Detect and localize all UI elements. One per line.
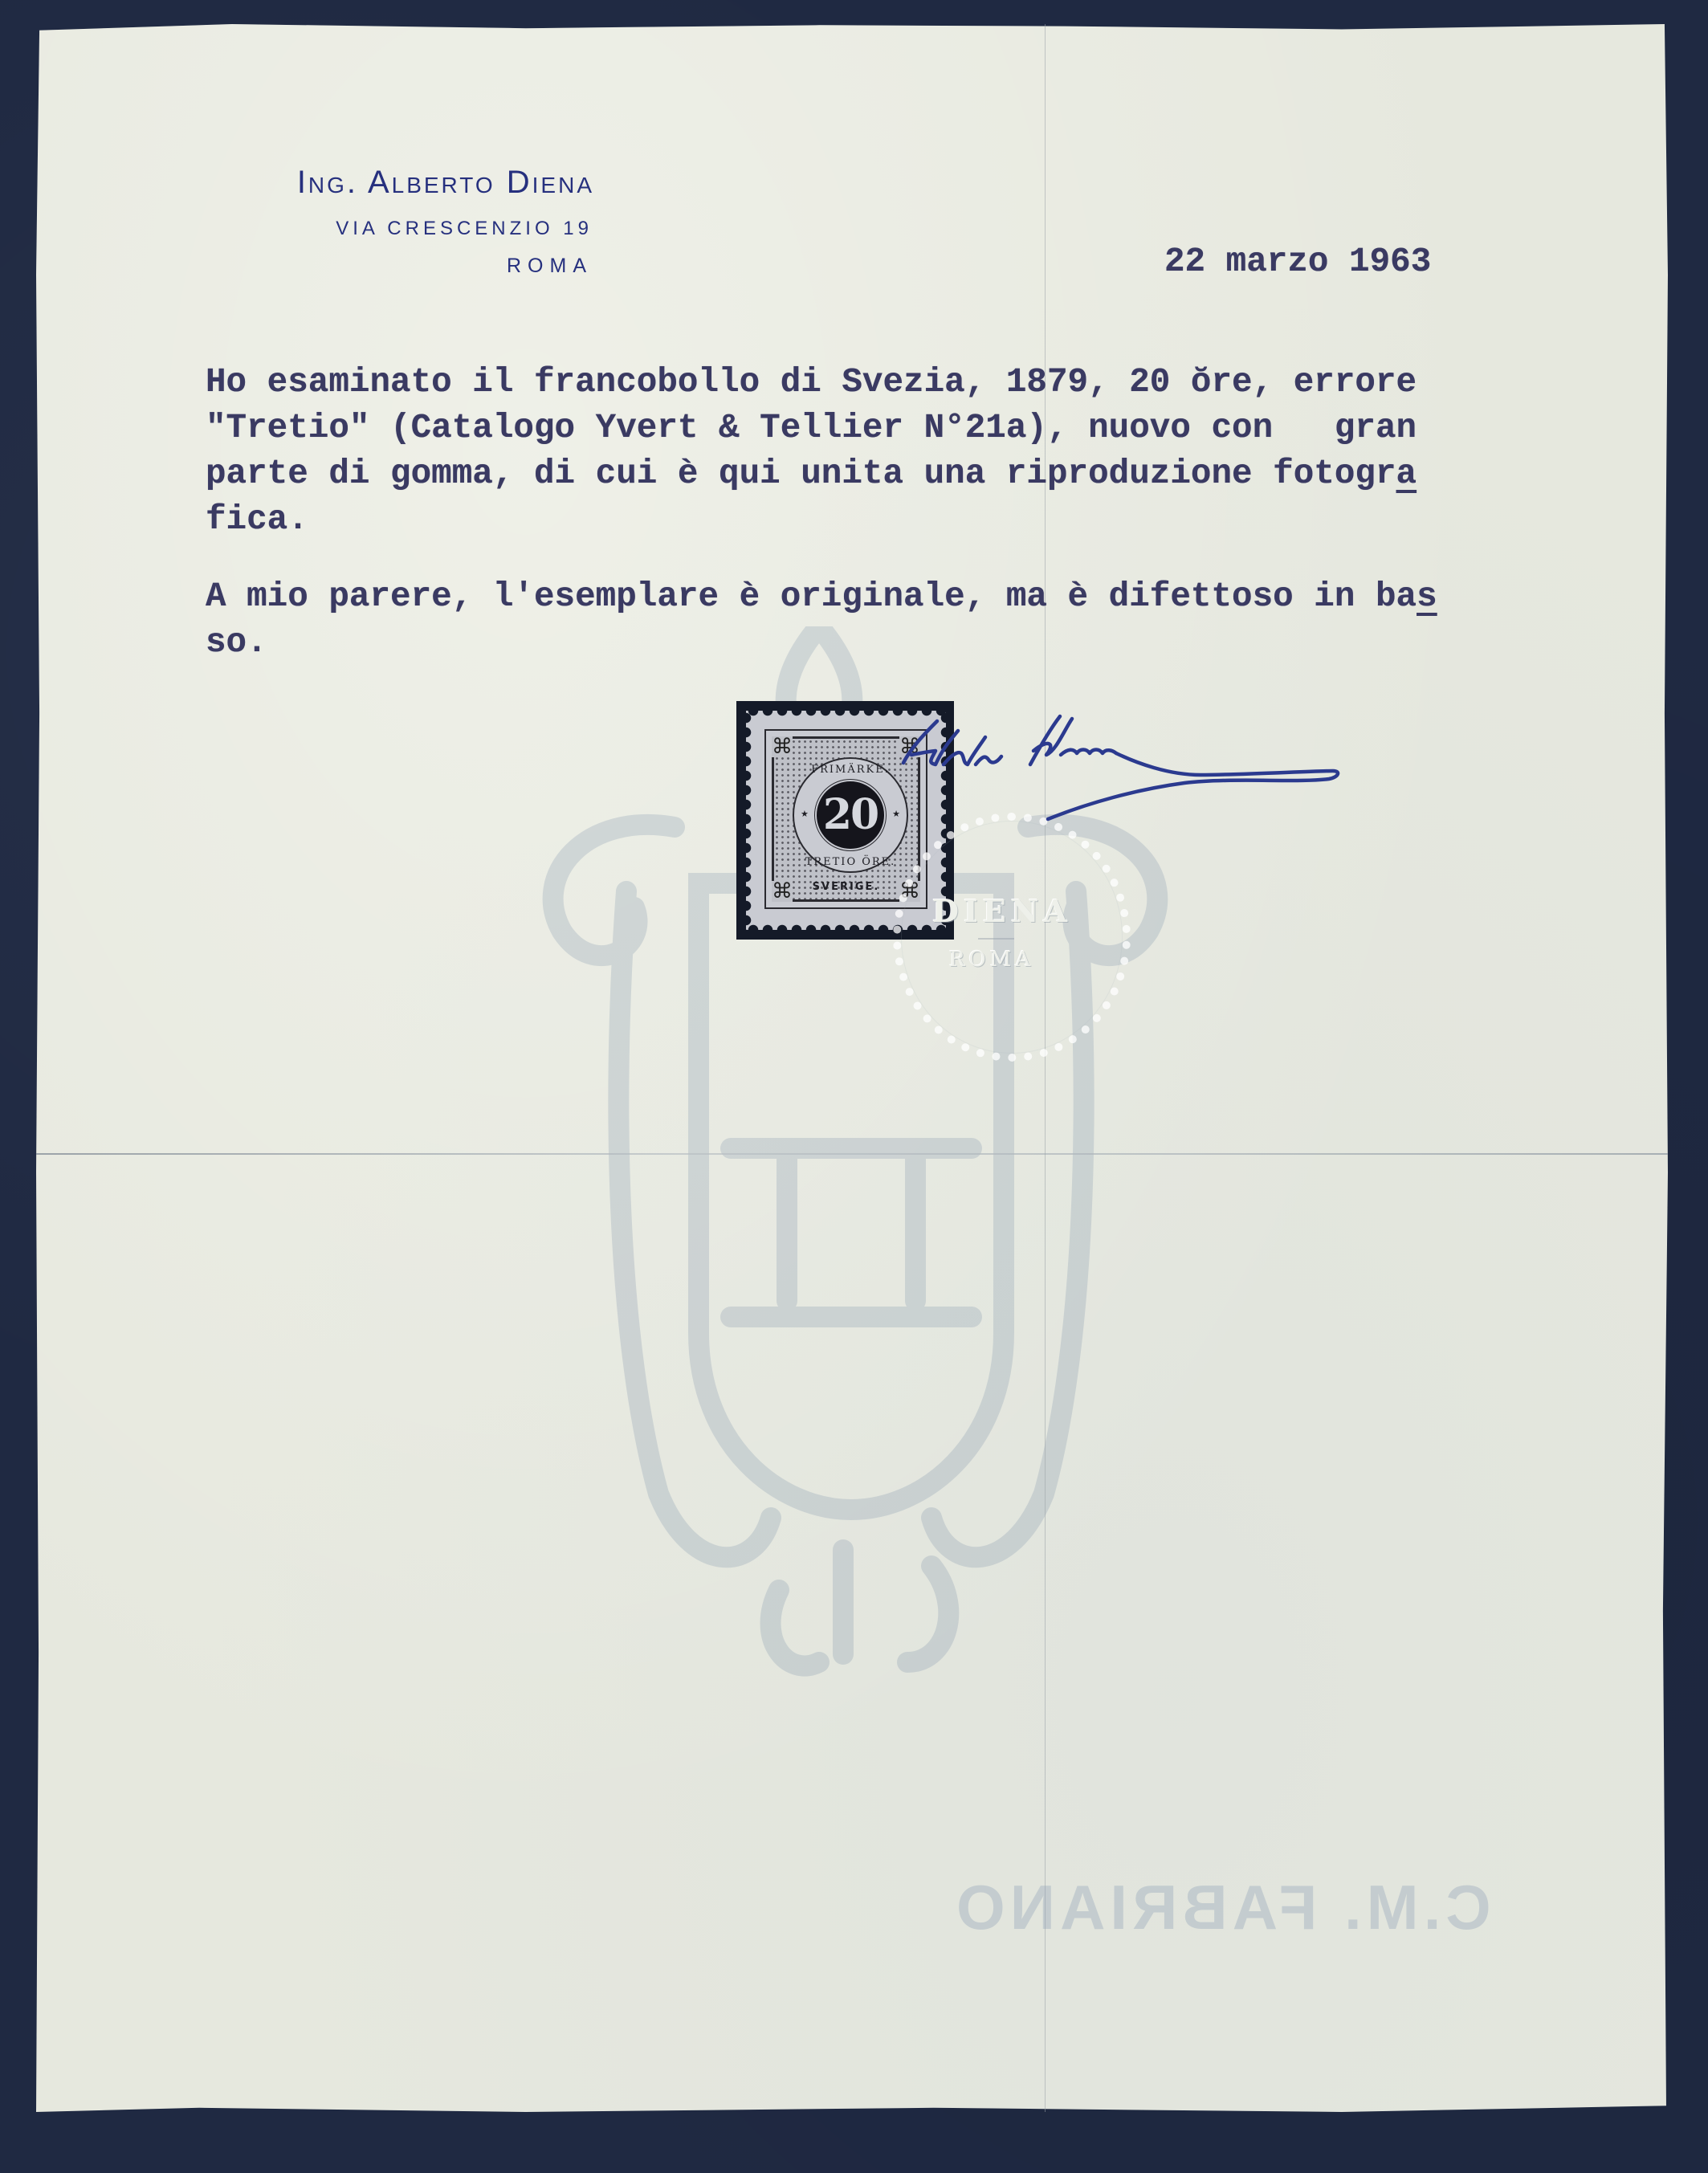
stamp-bottom-inscription: TRETIO ÖRE.: [794, 856, 907, 868]
body-line-text: parte di gomma, di cui è qui unita una r…: [206, 455, 1396, 493]
body-line-text: A mio parere, l'esemplare è originale, m…: [206, 577, 1417, 616]
stamp-value-oval: FRIMÄRKE. ★ ★ 20 TRETIO ÖRE.: [793, 757, 908, 873]
embossed-seal-rule: [978, 938, 1014, 940]
stamp-value: 20: [815, 780, 886, 850]
stamp-perforation-left: [746, 711, 754, 930]
corner-ornament-icon: ⌘: [772, 736, 793, 757]
body-line: fica.: [206, 503, 308, 537]
horizontal-fold-line: [36, 1153, 1668, 1155]
underlined-hyphen-char: s: [1417, 577, 1437, 616]
stamp-top-inscription: FRIMÄRKE.: [794, 764, 907, 776]
embossed-seal-name: DIENA: [922, 893, 1082, 929]
embossed-seal-city: ROMA: [931, 948, 1052, 972]
embossed-seal: [893, 813, 1131, 1062]
body-line: A mio parere, l'esemplare è originale, m…: [206, 580, 1437, 614]
underlined-hyphen-char: a: [1396, 455, 1417, 493]
handwritten-signature-icon: [895, 707, 1345, 827]
body-line: so.: [206, 626, 267, 660]
letterhead-name: Ing. Alberto Diena: [225, 165, 594, 201]
body-line: "Tretio" (Catalogo Yvert & Tellier N°21a…: [206, 411, 1417, 446]
body-line: parte di gomma, di cui è qui unita una r…: [206, 457, 1417, 491]
star-icon: ★: [801, 809, 809, 819]
letter-date: 22 marzo 1963: [1164, 245, 1431, 279]
body-line: Ho esaminato il francobollo di Svezia, 1…: [206, 365, 1417, 400]
stamp-country: SVERIGE.: [774, 881, 918, 893]
letterhead-street: VIA CRESCENZIO 19: [273, 218, 593, 240]
letterhead-city: ROMA: [434, 255, 593, 278]
paper-watermark-text: C.M. FABRIANO: [952, 1871, 1491, 1944]
vertical-fold-line: [1045, 24, 1046, 2112]
